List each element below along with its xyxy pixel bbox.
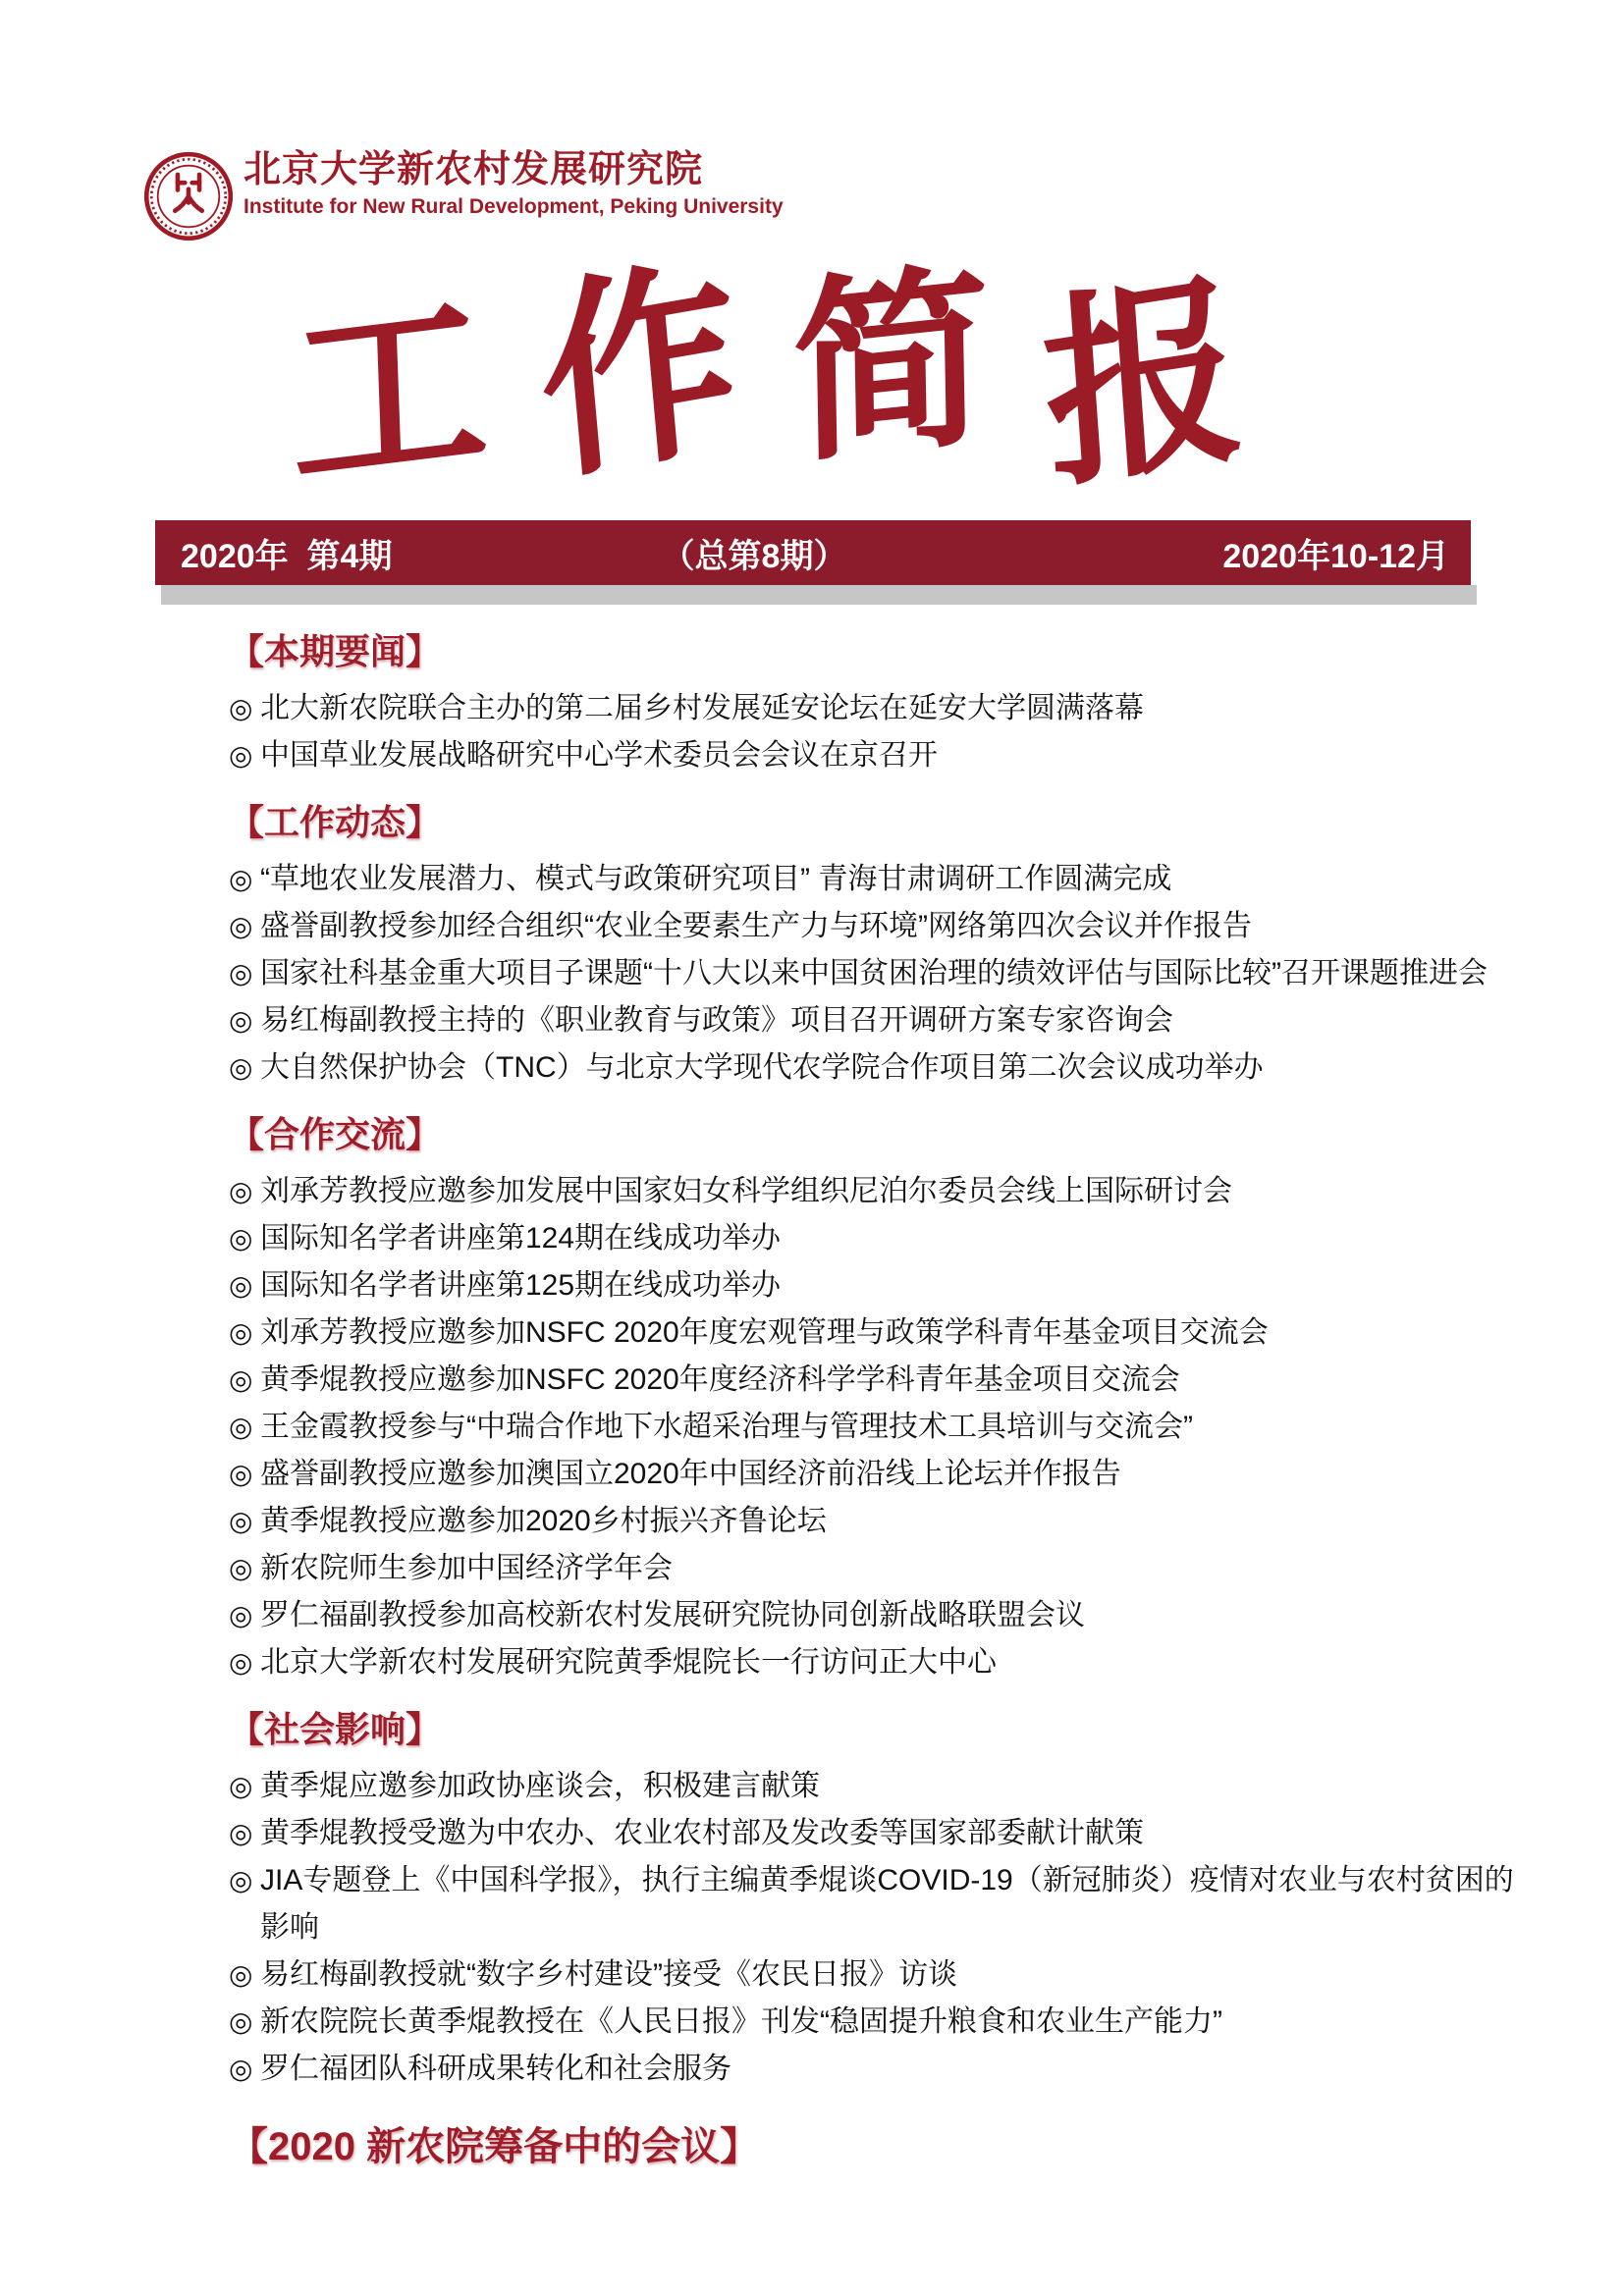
- bullet-icon: ◎: [229, 1044, 258, 1092]
- bullet-icon: ◎: [229, 1451, 258, 1498]
- section-heading: 【工作动态】: [229, 801, 1535, 844]
- list-item-text: 盛誉副教授参加经合组织“农业全要素生产力与环境”网络第四次会议并作报告: [260, 910, 1252, 942]
- list-item-text: 国际知名学者讲座第125期在线成功举办: [260, 1269, 781, 1302]
- section-heading: 【本期要闻】: [229, 630, 1535, 673]
- masthead-char: 简: [790, 240, 992, 495]
- list-item: ◎盛誉副教授应邀参加澳国立2020年中国经济前沿线上论坛并作报告: [229, 1451, 1535, 1498]
- list-item: ◎黄季焜教授应邀参加NSFC 2020年度经济科学学科青年基金项目交流会: [229, 1357, 1535, 1404]
- list-item: ◎黄季焜教授受邀为中农办、农业农村部及发改委等国家部委献计献策: [229, 1810, 1535, 1857]
- bullet-icon: ◎: [229, 1168, 258, 1215]
- list-item: ◎易红梅副教授主持的《职业教育与政策》项目召开调研方案专家咨询会: [229, 997, 1535, 1044]
- list-item-text: 盛誉副教授应邀参加澳国立2020年中国经济前沿线上论坛并作报告: [260, 1458, 1121, 1490]
- content: 【本期要闻】◎北大新农院联合主办的第二届乡村发展延安论坛在延安大学圆满落幕◎中国…: [229, 630, 1535, 2171]
- list-item: ◎新农院师生参加中国经济学年会: [229, 1545, 1535, 1592]
- list-item-text: 黄季焜教授受邀为中农办、农业农村部及发改委等国家部委献计献策: [260, 1817, 1144, 1849]
- list-item: ◎中国草业发展战略研究中心学术委员会会议在京召开: [229, 732, 1535, 779]
- list-item-text: JIA专题登上《中国科学报》，执行主编黄季焜谈COVID-19（新冠肺炎）疫情对…: [260, 1864, 1514, 1944]
- org-name-zh: 北京大学新农村发展研究院: [244, 147, 784, 192]
- bullet-icon: ◎: [229, 997, 258, 1044]
- issue-banner: 2020年 第4期 （总第8期） 2020年10-12月: [155, 520, 1471, 585]
- list-item: ◎北京大学新农村发展研究院黄季焜院长一行访问正大中心: [229, 1639, 1535, 1686]
- section-heading: 【合作交流】: [229, 1113, 1535, 1156]
- bullet-icon: ◎: [229, 1857, 258, 1904]
- list-item: ◎罗仁福副教授参加高校新农村发展研究院协同创新战略联盟会议: [229, 1592, 1535, 1639]
- bullet-icon: ◎: [229, 1357, 258, 1404]
- list-item: ◎盛誉副教授参加经合组织“农业全要素生产力与环境”网络第四次会议并作报告: [229, 903, 1535, 950]
- bullet-icon: ◎: [229, 1215, 258, 1262]
- bullet-icon: ◎: [229, 1639, 258, 1686]
- org-name-en: Institute for New Rural Development, Pek…: [244, 194, 784, 220]
- list-item-text: 中国草业发展战略研究中心学术委员会会议在京召开: [260, 739, 938, 772]
- bullet-icon: ◎: [229, 1592, 258, 1639]
- list-item-text: 王金霞教授参与“中瑞合作地下水超采治理与管理技术工具培训与交流会”: [260, 1411, 1193, 1443]
- bullet-icon: ◎: [229, 1498, 258, 1545]
- list-item: ◎刘承芳教授应邀参加NSFC 2020年度宏观管理与政策学科青年基金项目交流会: [229, 1309, 1535, 1357]
- list-item: ◎国际知名学者讲座第125期在线成功举办: [229, 1262, 1535, 1309]
- bullet-icon: ◎: [229, 1309, 258, 1357]
- pku-seal-icon: [143, 151, 234, 241]
- list-item-text: 大自然保护协会（TNC）与北京大学现代农学院合作项目第二次会议成功举办: [260, 1051, 1264, 1084]
- newsletter-page: 北京大学新农村发展研究院 Institute for New Rural Dev…: [0, 0, 1624, 2296]
- bullet-icon: ◎: [229, 732, 258, 779]
- list-item: ◎罗仁福团队科研成果转化和社会服务: [229, 2046, 1535, 2093]
- bullet-icon: ◎: [229, 1404, 258, 1451]
- list-item-text: 国际知名学者讲座第124期在线成功举办: [260, 1222, 781, 1255]
- list-item-text: 新农院师生参加中国经济学年会: [260, 1552, 673, 1584]
- section: 【本期要闻】◎北大新农院联合主办的第二届乡村发展延安论坛在延安大学圆满落幕◎中国…: [229, 630, 1535, 779]
- section: 【合作交流】◎刘承芳教授应邀参加发展中国家妇女科学组织尼泊尔委员会线上国际研讨会…: [229, 1113, 1535, 1686]
- list-item-text: 易红梅副教授就“数字乡村建设”接受《农民日报》访谈: [260, 1958, 957, 1991]
- list-item: ◎刘承芳教授应邀参加发展中国家妇女科学组织尼泊尔委员会线上国际研讨会: [229, 1168, 1535, 1215]
- bullet-icon: ◎: [229, 2046, 258, 2093]
- list-item-text: 新农院院长黄季焜教授在《人民日报》刊发“稳固提升粮食和农业生产能力”: [260, 2005, 1222, 2038]
- banner-shadow: [161, 585, 1477, 605]
- bullet-icon: ◎: [229, 1999, 258, 2046]
- list-item: ◎“草地农业发展潜力、模式与政策研究项目” 青海甘肃调研工作圆满完成: [229, 856, 1535, 903]
- list-item-text: 国家社科基金重大项目子课题“十八大以来中国贫困治理的绩效评估与国际比较”召开课题…: [260, 957, 1488, 989]
- masthead-char: 报: [1036, 247, 1250, 522]
- bullet-icon: ◎: [229, 1951, 258, 1999]
- list-item: ◎黄季焜应邀参加政协座谈会，积极建言献策: [229, 1763, 1535, 1810]
- list-item: ◎新农院院长黄季焜教授在《人民日报》刊发“稳固提升粮食和农业生产能力”: [229, 1999, 1535, 2046]
- section: 【社会影响】◎黄季焜应邀参加政协座谈会，积极建言献策◎黄季焜教授受邀为中农办、农…: [229, 1708, 1535, 2093]
- list-item-text: 北大新农院联合主办的第二届乡村发展延安论坛在延安大学圆满落幕: [260, 692, 1144, 724]
- bullet-icon: ◎: [229, 1763, 258, 1810]
- bullet-icon: ◎: [229, 1810, 258, 1857]
- list-item: ◎黄季焜教授应邀参加2020乡村振兴齐鲁论坛: [229, 1498, 1535, 1545]
- list-item: ◎王金霞教授参与“中瑞合作地下水超采治理与管理技术工具培训与交流会”: [229, 1404, 1535, 1451]
- list-item-text: 黄季焜教授应邀参加2020乡村振兴齐鲁论坛: [260, 1505, 827, 1537]
- list-item-text: 刘承芳教授应邀参加NSFC 2020年度宏观管理与政策学科青年基金项目交流会: [260, 1316, 1269, 1349]
- masthead-char: 作: [530, 231, 749, 515]
- bullet-icon: ◎: [229, 950, 258, 997]
- list-item-text: 易红梅副教授主持的《职业教育与政策》项目召开调研方案专家咨询会: [260, 1004, 1173, 1037]
- institute-logo: 北京大学新农村发展研究院 Institute for New Rural Dev…: [143, 147, 784, 241]
- list-item: ◎国家社科基金重大项目子课题“十八大以来中国贫困治理的绩效评估与国际比较”召开课…: [229, 950, 1535, 997]
- list-item-text: 刘承芳教授应邀参加发展中国家妇女科学组织尼泊尔委员会线上国际研讨会: [260, 1175, 1232, 1207]
- bullet-icon: ◎: [229, 1545, 258, 1592]
- masthead-char: 工: [287, 266, 492, 524]
- bullet-icon: ◎: [229, 903, 258, 950]
- list-item: ◎国际知名学者讲座第124期在线成功举办: [229, 1215, 1535, 1262]
- list-item: ◎易红梅副教授就“数字乡村建设”接受《农民日报》访谈: [229, 1951, 1535, 1999]
- bullet-icon: ◎: [229, 856, 258, 903]
- issue-total-number: （总第8期）: [155, 529, 1353, 577]
- list-item: ◎JIA专题登上《中国科学报》，执行主编黄季焜谈COVID-19（新冠肺炎）疫情…: [229, 1857, 1535, 1951]
- masthead-title: 工作简报: [0, 263, 1542, 499]
- list-item-text: 北京大学新农村发展研究院黄季焜院长一行访问正大中心: [260, 1646, 997, 1679]
- bullet-icon: ◎: [229, 1262, 258, 1309]
- bullet-icon: ◎: [229, 685, 258, 732]
- list-item-text: “草地农业发展潜力、模式与政策研究项目” 青海甘肃调研工作圆满完成: [260, 863, 1171, 895]
- footer-heading: 【2020 新农院筹备中的会议】: [229, 2122, 1535, 2171]
- section-heading: 【社会影响】: [229, 1708, 1535, 1751]
- list-item: ◎北大新农院联合主办的第二届乡村发展延安论坛在延安大学圆满落幕: [229, 685, 1535, 732]
- list-item-text: 黄季焜应邀参加政协座谈会，积极建言献策: [260, 1770, 820, 1802]
- list-item-text: 黄季焜教授应邀参加NSFC 2020年度经济科学学科青年基金项目交流会: [260, 1363, 1180, 1396]
- section: 【工作动态】◎“草地农业发展潜力、模式与政策研究项目” 青海甘肃调研工作圆满完成…: [229, 801, 1535, 1092]
- list-item-text: 罗仁福团队科研成果转化和社会服务: [260, 2053, 731, 2085]
- list-item: ◎大自然保护协会（TNC）与北京大学现代农学院合作项目第二次会议成功举办: [229, 1044, 1535, 1092]
- list-item-text: 罗仁福副教授参加高校新农村发展研究院协同创新战略联盟会议: [260, 1599, 1085, 1631]
